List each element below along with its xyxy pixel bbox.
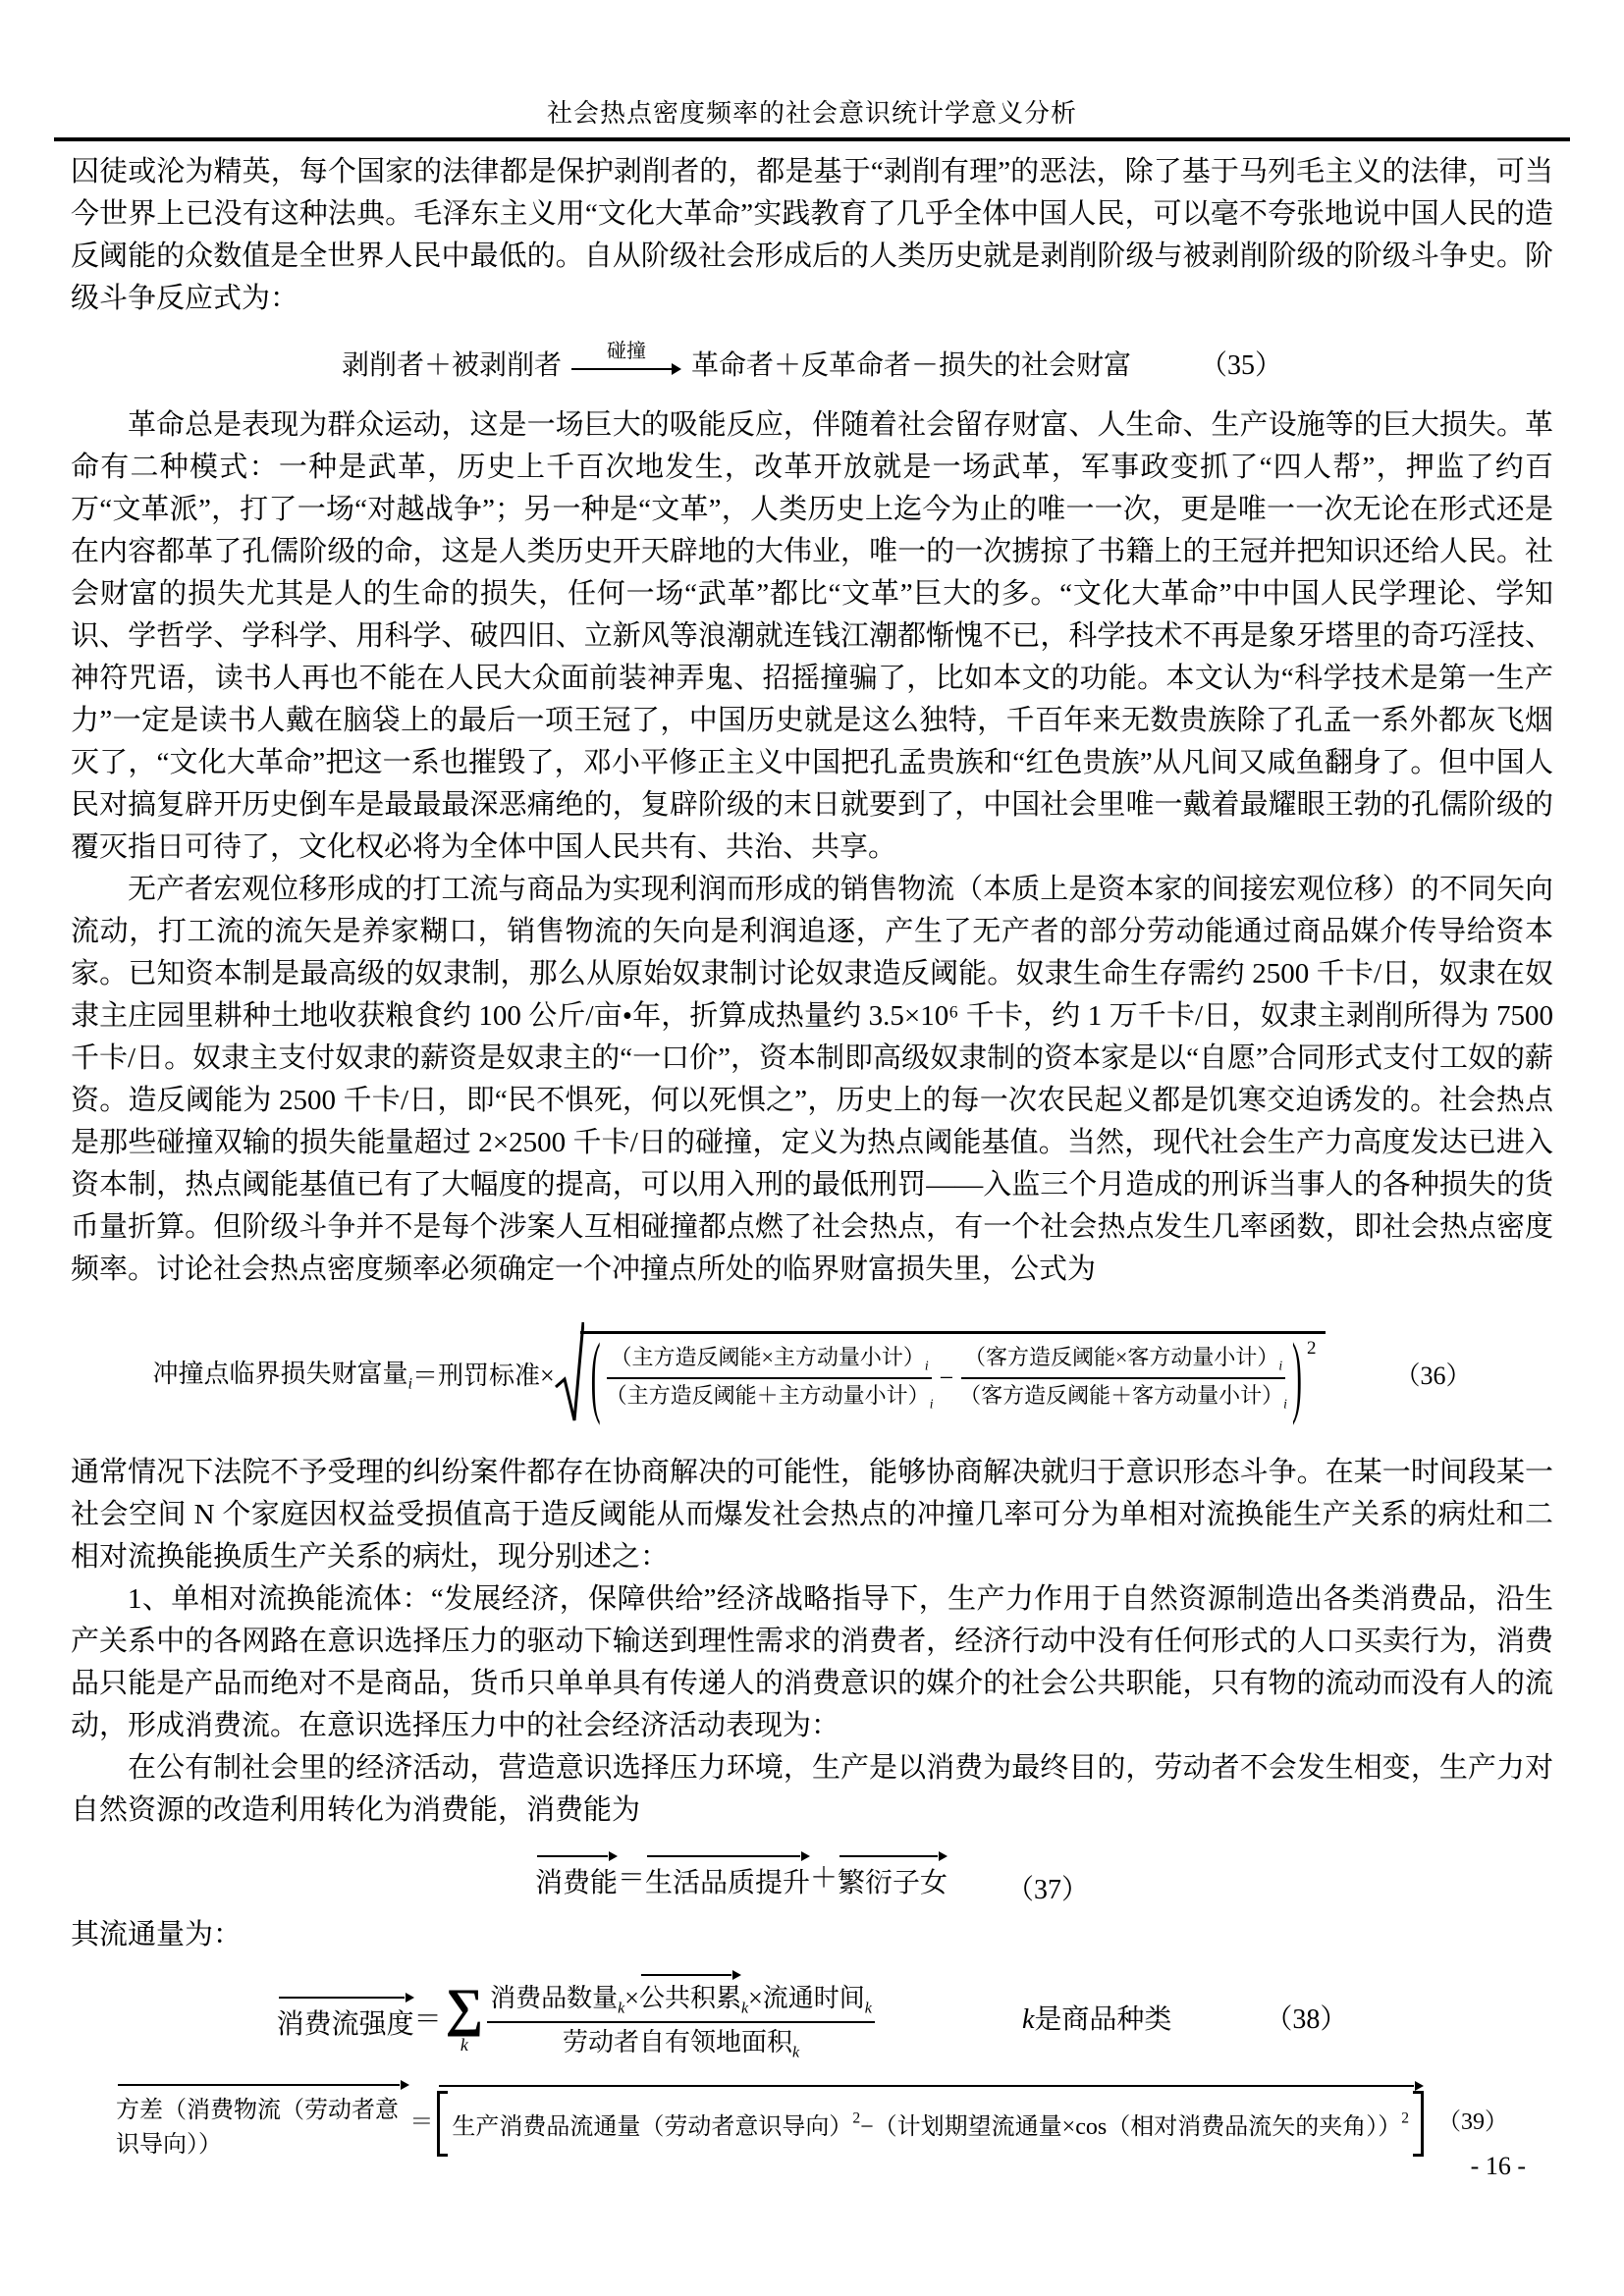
eq39-bracket-content: 生产消费品流通量（劳动者意识导向）2−（计划期望流通量×cos（相对消费品流矢的… bbox=[448, 2091, 1413, 2157]
arrow-label: 碰撞 bbox=[607, 341, 646, 362]
eq36-exponent: 2 bbox=[1307, 1338, 1317, 1360]
fraction-2: （客方造反阈能×客方动量小计）i （客方造反阈能＋客方动量小计）i bbox=[959, 1342, 1287, 1413]
fraction-2-numerator: （客方造反阈能×客方动量小计）i bbox=[961, 1342, 1285, 1378]
eq39-lhs-vector: 方差（消费物流（劳动者意识导向）） bbox=[116, 2080, 409, 2159]
paragraph-6: 在公有制社会里的经济活动，营造意识选择压力环境，生产是以消费为最终目的，劳动者不… bbox=[71, 1747, 1553, 1832]
fraction-1: （主方造反阈能×主方动量小计）i （主方造反阈能＋主方动量小计）i bbox=[606, 1342, 934, 1413]
formula-38: 消费流强度 ＝ ∑ k 消费品数量k×公共积累k×流通时间k 劳动者自有领地面积… bbox=[71, 1970, 1553, 2064]
formula-36: 冲撞点临界损失财富量i ＝刑罚标准× ( （主方造反阈能×主方动量小计）i （主… bbox=[71, 1320, 1553, 1426]
vector-term-life-quality: 生活品质提升 bbox=[645, 1851, 810, 1900]
eq35-lhs: 剥削者＋被剥削者 bbox=[342, 344, 562, 383]
paragraph-3: 无产者宏观位移形成的打工流与商品为实现利润而形成的销售物流（本质上是资本家的间接… bbox=[71, 869, 1553, 1291]
eq38-fraction: 消费品数量k×公共积累k×流通时间k 劳动者自有领地面积k bbox=[487, 1970, 875, 2064]
formula-37: 消费能 ＝ 生活品质提升 ＋ 繁衍子女 （37） bbox=[71, 1851, 1553, 1900]
vector-term-public-accumulation: 公共积累 bbox=[639, 1970, 741, 2017]
formula-39: 方差（消费物流（劳动者意识导向）） ＝ 生产消费品流通量（劳动者意识导向）2−（… bbox=[71, 2080, 1553, 2159]
formula-35: 剥削者＋被剥削者 碰撞 革命者＋反革命者－损失的社会财富 （35） bbox=[71, 344, 1553, 383]
summation: ∑ k bbox=[446, 1981, 484, 2054]
page-number: - 16 - bbox=[1471, 2152, 1526, 2181]
eq36-lhs: 冲撞点临界损失财富量i bbox=[153, 1354, 413, 1393]
eq39-bracket-group: 生产消费品流通量（劳动者意识导向）2−（计划期望流通量×cos（相对消费品流矢的… bbox=[437, 2081, 1424, 2157]
minus-sign: − bbox=[939, 1363, 953, 1393]
paragraph-1: 囚徒或沦为精英，每个国家的法律都是保护剥削者的，都是基于“剥削有理”的恶法，除了… bbox=[71, 151, 1553, 320]
paragraph-5: 1、单相对流换能流体：“发展经济，保障供给”经济战略指导下，生产力作用于自然资源… bbox=[71, 1578, 1553, 1747]
equals-sign: ＝ bbox=[414, 1998, 442, 2037]
vector-term-offspring: 繁衍子女 bbox=[838, 1851, 947, 1900]
eq38-number: （38） bbox=[1265, 1998, 1347, 2037]
left-square-bracket bbox=[437, 2091, 448, 2157]
document-page: 社会热点密度频率的社会意识统计学意义分析 囚徒或沦为精英，每个国家的法律都是保护… bbox=[0, 0, 1624, 2296]
right-square-bracket bbox=[1413, 2091, 1424, 2157]
eq38-numerator: 消费品数量k×公共积累k×流通时间k bbox=[487, 1970, 875, 2023]
reaction-arrow: 碰撞 bbox=[571, 341, 681, 376]
plus-sign: ＋ bbox=[810, 1856, 838, 1896]
paragraph-7: 其流通量为： bbox=[71, 1914, 1553, 1956]
equals-sign: ＝ bbox=[618, 1856, 645, 1896]
eq35-rhs: 革命者＋反革命者－损失的社会财富 bbox=[691, 344, 1131, 383]
eq36-number: （36） bbox=[1394, 1356, 1471, 1392]
eq36-equals-factor: ＝刑罚标准× bbox=[412, 1356, 555, 1392]
right-arrow-icon bbox=[571, 362, 681, 376]
vector-term-consumption-energy: 消费能 bbox=[535, 1851, 618, 1900]
header-rule bbox=[54, 137, 1570, 141]
paragraph-2: 革命总是表现为群众运动，这是一场巨大的吸能反应，伴随着社会留存财富、人生命、生产… bbox=[71, 404, 1553, 869]
eq35-number: （35） bbox=[1200, 344, 1282, 383]
fraction-2-denominator: （客方造反阈能＋客方动量小计）i bbox=[959, 1379, 1287, 1414]
radicand: ( （主方造反阈能×主方动量小计）i （主方造反阈能＋主方动量小计）i − （客… bbox=[580, 1331, 1326, 1415]
eq37-number: （37） bbox=[1006, 1868, 1089, 1907]
eq39-number: （39） bbox=[1437, 2102, 1508, 2136]
big-paren-close: ) bbox=[1292, 1326, 1302, 1429]
big-paren-open: ( bbox=[591, 1326, 601, 1429]
equals-sign: ＝ bbox=[409, 2102, 433, 2136]
eq38-denominator: 劳动者自有领地面积k bbox=[563, 2023, 799, 2064]
body-column: 囚徒或沦为精英，每个国家的法律都是保护剥削者的，都是基于“剥削有理”的恶法，除了… bbox=[71, 151, 1553, 2159]
page-header-title: 社会热点密度频率的社会意识统计学意义分析 bbox=[0, 0, 1624, 130]
sigma-icon: ∑ bbox=[446, 1981, 484, 2034]
fraction-1-denominator: （主方造反阈能＋主方动量小计）i bbox=[606, 1379, 934, 1414]
square-root: ( （主方造反阈能×主方动量小计）i （主方造反阈能＋主方动量小计）i − （客… bbox=[555, 1320, 1326, 1426]
vector-term-consumption-flow: 消费流强度 bbox=[277, 1993, 414, 2042]
eq38-note: k是商品种类 bbox=[1022, 1998, 1171, 2037]
summation-index: k bbox=[460, 2036, 468, 2054]
paragraph-4: 通常情况下法院不予受理的纠纷案件都存在协商解决的可能性，能够协商解决就归于意识形… bbox=[71, 1452, 1553, 1578]
fraction-1-numerator: （主方造反阈能×主方动量小计）i bbox=[607, 1342, 931, 1378]
